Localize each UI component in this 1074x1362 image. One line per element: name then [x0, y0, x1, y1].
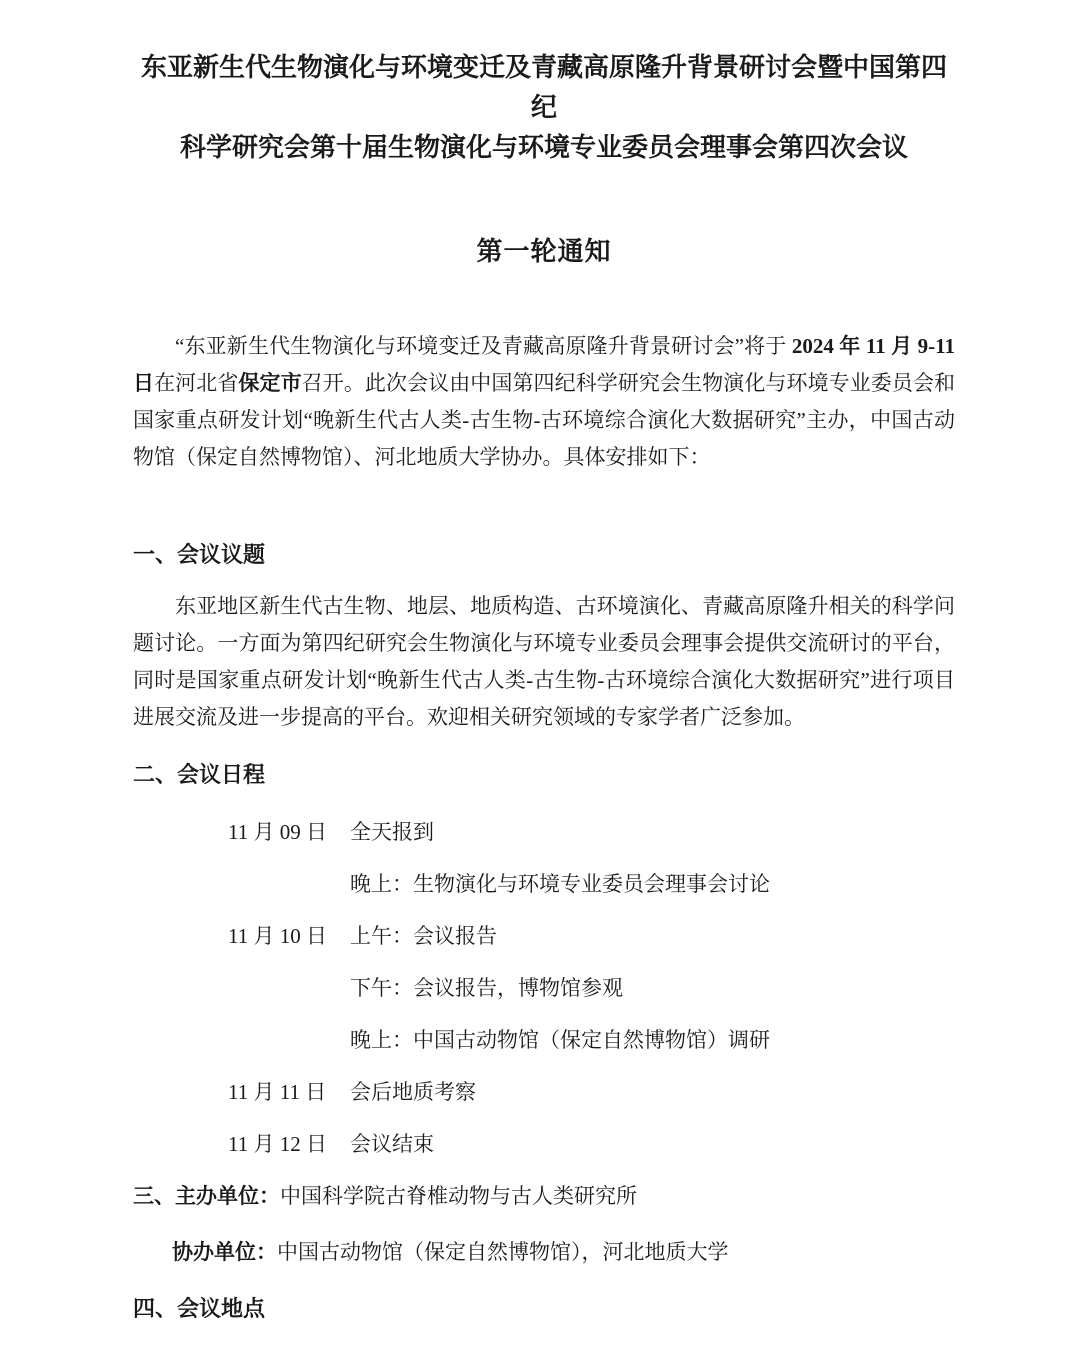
intro-paragraph: “东亚新生代生物演化与环境变迁及青藏高原隆升背景研讨会”将于 2024 年 11…: [133, 328, 955, 476]
schedule-date: [228, 962, 350, 1014]
section-4-heading: 四、会议地点: [133, 1296, 955, 1322]
intro-location-prefix: 在河北省: [154, 371, 238, 395]
schedule-row: 11 月 11 日 会后地质考察: [133, 1066, 955, 1118]
intro-opening: “东亚新生代生物演化与环境变迁及青藏高原隆升背景研讨会”将于: [175, 334, 792, 358]
schedule-date: [228, 858, 350, 910]
co-organizer-label: 协办单位：: [172, 1240, 277, 1264]
co-organizer-value: 中国古动物馆（保定自然博物馆），河北地质大学: [277, 1240, 729, 1264]
schedule-activity: 会后地质考察: [350, 1066, 955, 1118]
co-organizer-row: 协办单位：中国古动物馆（保定自然博物馆），河北地质大学: [133, 1230, 955, 1274]
schedule-list: 11 月 09 日 全天报到 晚上：生物演化与环境专业委员会理事会讨论 11 月…: [133, 806, 955, 1170]
schedule-activity: 会议结束: [350, 1118, 955, 1170]
section-3-number: 三、: [133, 1184, 175, 1208]
schedule-row: 晚上：生物演化与环境专业委员会理事会讨论: [133, 858, 955, 910]
schedule-date: 11 月 10 日: [228, 910, 350, 962]
schedule-activity: 全天报到: [350, 806, 955, 858]
document-page: 东亚新生代生物演化与环境变迁及青藏高原隆升背景研讨会暨中国第四纪 科学研究会第十…: [0, 0, 1074, 1362]
schedule-date: [228, 1014, 350, 1066]
schedule-activity: 上午：会议报告: [350, 910, 955, 962]
document-title-line-2: 科学研究会第十届生物演化与环境专业委员会理事会第四次会议: [133, 128, 955, 168]
schedule-activity: 下午：会议报告，博物馆参观: [350, 962, 955, 1014]
schedule-row: 晚上：中国古动物馆（保定自然博物馆）调研: [133, 1014, 955, 1066]
schedule-row: 下午：会议报告，博物馆参观: [133, 962, 955, 1014]
host-organizer-row: 三、主办单位：中国科学院古脊椎动物与古人类研究所: [133, 1174, 955, 1218]
schedule-row: 11 月 09 日 全天报到: [133, 806, 955, 858]
schedule-row: 11 月 10 日 上午：会议报告: [133, 910, 955, 962]
host-value: 中国科学院古脊椎动物与古人类研究所: [280, 1184, 637, 1208]
schedule-date: 11 月 11 日: [228, 1066, 350, 1118]
schedule-date: 11 月 12 日: [228, 1118, 350, 1170]
document-title-line-1: 东亚新生代生物演化与环境变迁及青藏高原隆升背景研讨会暨中国第四纪: [133, 48, 955, 128]
notice-heading: 第一轮通知: [133, 232, 955, 272]
section-2-heading: 二、会议日程: [133, 762, 955, 788]
section-3: 三、主办单位：中国科学院古脊椎动物与古人类研究所 协办单位：中国古动物馆（保定自…: [133, 1174, 955, 1274]
schedule-date: 11 月 09 日: [228, 806, 350, 858]
section-1-heading: 一、会议议题: [133, 542, 955, 568]
schedule-row: 11 月 12 日 会议结束: [133, 1118, 955, 1170]
document-title: 东亚新生代生物演化与环境变迁及青藏高原隆升背景研讨会暨中国第四纪 科学研究会第十…: [133, 48, 955, 168]
host-label: 主办单位：: [175, 1184, 280, 1208]
intro-city: 保定市: [238, 371, 301, 395]
schedule-activity: 晚上：中国古动物馆（保定自然博物馆）调研: [350, 1014, 955, 1066]
schedule-activity: 晚上：生物演化与环境专业委员会理事会讨论: [350, 858, 955, 910]
section-1-body: 东亚地区新生代古生物、地层、地质构造、古环境演化、青藏高原隆升相关的科学问题讨论…: [133, 588, 955, 736]
